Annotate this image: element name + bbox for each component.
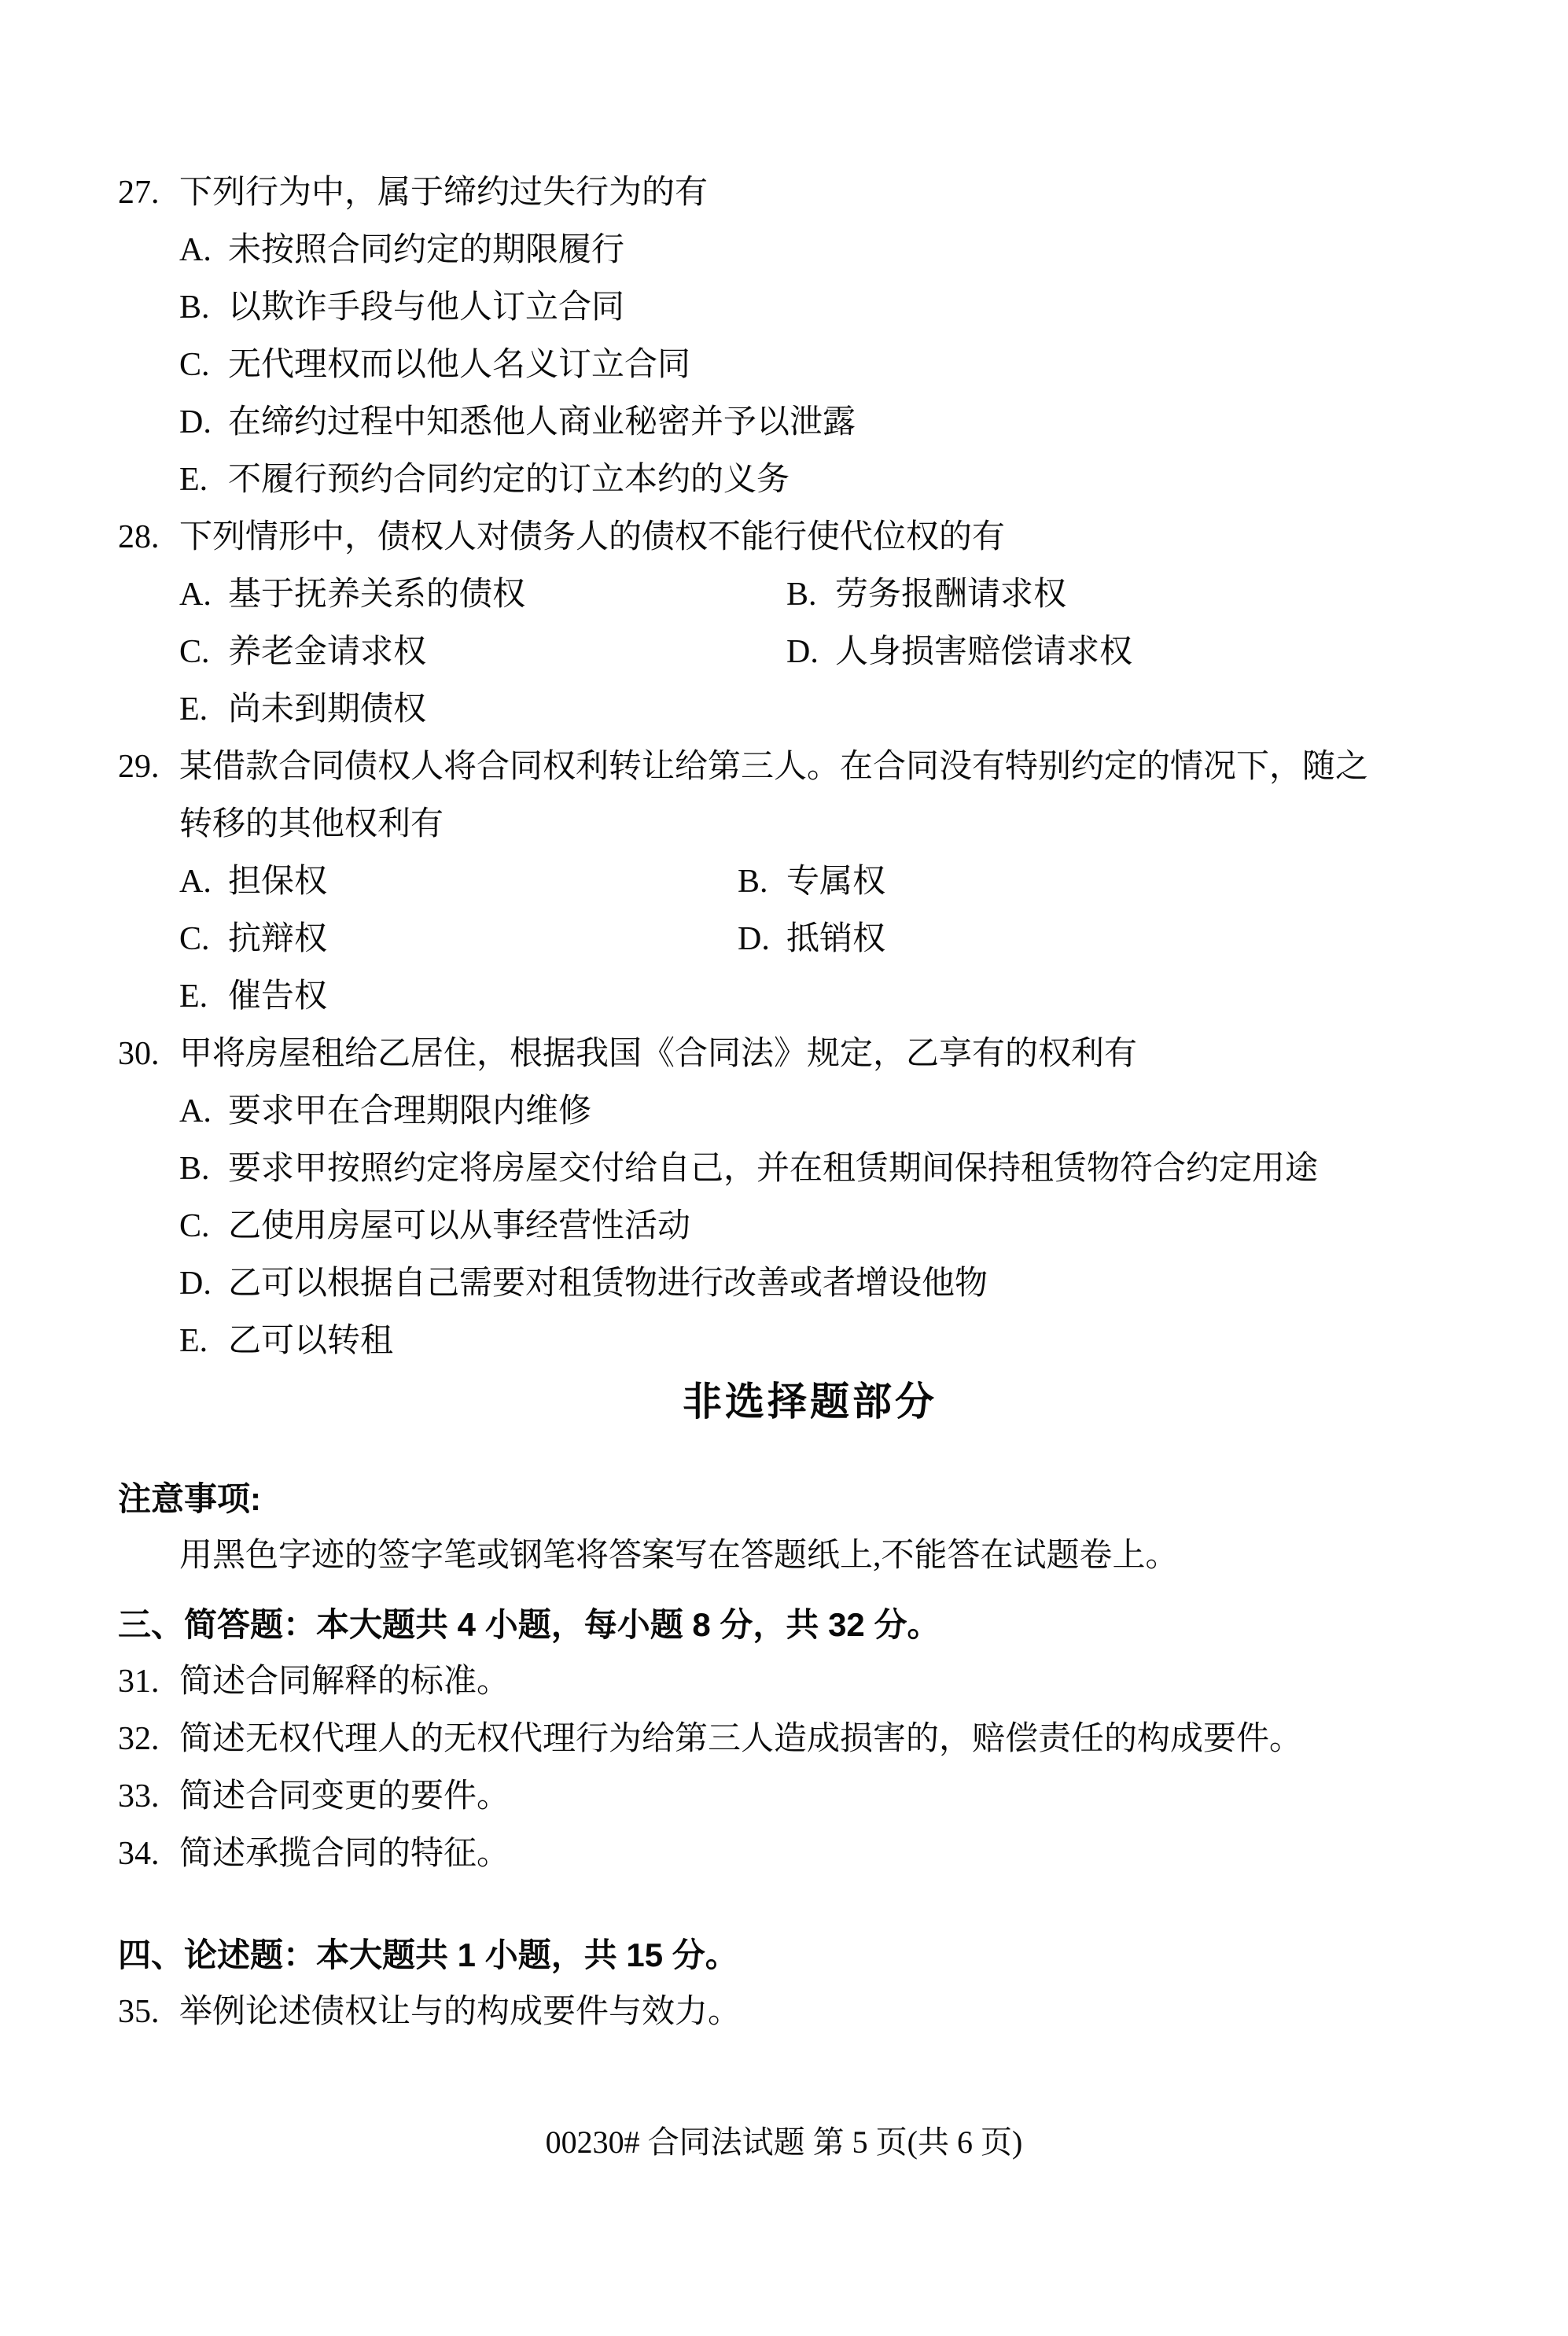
option-30-a: A.要求甲在合理期限内维修 bbox=[179, 1083, 1502, 1140]
option-29-d: D.抵销权 bbox=[738, 911, 1502, 968]
question-32: 32.简述无权代理人的无权代理行为给第三人造成损害的，赔偿责任的构成要件。 bbox=[118, 1711, 1502, 1768]
option-27-b-text: 以欺诈手段与他人订立合同 bbox=[228, 289, 624, 326]
option-27-a-label: A. bbox=[179, 222, 228, 279]
option-28-c-label: C. bbox=[179, 624, 228, 681]
option-27-e: E.不履行预约合同约定的订立本约的义务 bbox=[179, 451, 1502, 509]
option-28-e-label: E. bbox=[179, 681, 228, 739]
option-29-a-label: A. bbox=[179, 853, 228, 911]
page-footer: 00230# 合同法试题 第 5 页(共 6 页) bbox=[0, 2124, 1568, 2161]
question-28-stem: 下列情形中，债权人对债务人的债权不能行使代位权的有 bbox=[179, 519, 1005, 555]
question-30-number: 30. bbox=[118, 1026, 179, 1083]
exam-paper-page: 27.下列行为中，属于缔约过失行为的有 A.未按照合同约定的期限履行 B.以欺诈… bbox=[0, 0, 1568, 2336]
notice-label: 注意事项: bbox=[118, 1470, 1502, 1527]
option-28-b: B.劳务报酬请求权 bbox=[786, 566, 1502, 624]
option-30-a-label: A. bbox=[179, 1083, 228, 1140]
option-29-e-text: 催告权 bbox=[228, 978, 327, 1015]
option-29-c: C.抗辩权 bbox=[179, 911, 738, 968]
option-30-e: E.乙可以转租 bbox=[179, 1313, 1502, 1370]
question-34-text: 简述承揽合同的特征。 bbox=[179, 1836, 510, 1872]
option-27-a-text: 未按照合同约定的期限履行 bbox=[228, 232, 624, 268]
question-34-number: 34. bbox=[118, 1826, 179, 1883]
question-30: 30.甲将房屋租给乙居住，根据我国《合同法》规定，乙享有的权利有 A.要求甲在合… bbox=[118, 1026, 1502, 1370]
option-27-c-label: C. bbox=[179, 337, 228, 394]
option-27-e-label: E. bbox=[179, 451, 228, 509]
option-30-e-text: 乙可以转租 bbox=[228, 1323, 393, 1359]
option-29-c-label: C. bbox=[179, 911, 228, 968]
option-29-b: B.专属权 bbox=[738, 853, 1502, 911]
question-28-number: 28. bbox=[118, 509, 179, 566]
question-27-stem-line: 27.下列行为中，属于缔约过失行为的有 bbox=[118, 164, 1502, 222]
option-28-d-label: D. bbox=[786, 624, 835, 681]
page-content: 27.下列行为中，属于缔约过失行为的有 A.未按照合同约定的期限履行 B.以欺诈… bbox=[118, 0, 1502, 2041]
option-30-c-label: C. bbox=[179, 1198, 228, 1255]
question-29-number: 29. bbox=[118, 739, 179, 796]
question-29: 29.某借款合同债权人将合同权利转让给第三人。在合同没有特别约定的情况下，随之 … bbox=[118, 739, 1502, 1026]
question-31: 31.简述合同解释的标准。 bbox=[118, 1653, 1502, 1711]
option-28-e-text: 尚未到期债权 bbox=[228, 691, 426, 728]
option-27-a: A.未按照合同约定的期限履行 bbox=[179, 222, 1502, 279]
option-30-d: D.乙可以根据自己需要对租赁物进行改善或者增设他物 bbox=[179, 1255, 1502, 1313]
option-27-c-text: 无代理权而以他人名义订立合同 bbox=[228, 347, 690, 383]
option-28-a: A.基于抚养关系的债权 bbox=[179, 566, 786, 624]
option-30-a-text: 要求甲在合理期限内维修 bbox=[228, 1093, 591, 1129]
question-29-stem-line2: 转移的其他权利有 bbox=[118, 796, 1502, 853]
option-28-d: D.人身损害赔偿请求权 bbox=[786, 624, 1502, 681]
section-title: 非选择题部分 bbox=[118, 1370, 1502, 1433]
question-27-stem: 下列行为中，属于缔约过失行为的有 bbox=[179, 175, 708, 211]
question-31-number: 31. bbox=[118, 1653, 179, 1711]
question-30-stem-line: 30.甲将房屋租给乙居住，根据我国《合同法》规定，乙享有的权利有 bbox=[118, 1026, 1502, 1083]
question-30-options: A.要求甲在合理期限内维修 B.要求甲按照约定将房屋交付给自己，并在租赁期间保持… bbox=[118, 1083, 1502, 1370]
option-29-b-text: 专属权 bbox=[786, 864, 885, 900]
option-30-b-label: B. bbox=[179, 1140, 228, 1198]
question-27-options: A.未按照合同约定的期限履行 B.以欺诈手段与他人订立合同 C.无代理权而以他人… bbox=[118, 222, 1502, 509]
option-29-b-label: B. bbox=[738, 853, 786, 911]
question-28-stem-line: 28.下列情形中，债权人对债务人的债权不能行使代位权的有 bbox=[118, 509, 1502, 566]
option-28-a-label: A. bbox=[179, 566, 228, 624]
option-30-c-text: 乙使用房屋可以从事经营性活动 bbox=[228, 1208, 690, 1244]
question-33-text: 简述合同变更的要件。 bbox=[179, 1778, 510, 1815]
option-28-e: E.尚未到期债权 bbox=[179, 681, 786, 739]
question-27: 27.下列行为中，属于缔约过失行为的有 A.未按照合同约定的期限履行 B.以欺诈… bbox=[118, 164, 1502, 509]
option-30-b-text: 要求甲按照约定将房屋交付给自己，并在租赁期间保持租赁物符合约定用途 bbox=[228, 1151, 1318, 1187]
question-35-number: 35. bbox=[118, 1984, 179, 2041]
notice-text: 用黑色字迹的签字笔或钢笔将答案写在答题纸上,不能答在试题卷上。 bbox=[118, 1527, 1502, 1585]
option-30-e-label: E. bbox=[179, 1313, 228, 1370]
option-27-c: C.无代理权而以他人名义订立合同 bbox=[179, 337, 1502, 394]
question-27-number: 27. bbox=[118, 164, 179, 222]
option-28-b-label: B. bbox=[786, 566, 835, 624]
option-27-d-text: 在缔约过程中知悉他人商业秘密并予以泄露 bbox=[228, 404, 856, 440]
part3-heading: 三、简答题：本大题共 4 小题，每小题 8 分，共 32 分。 bbox=[118, 1596, 1502, 1653]
question-29-options: A.担保权 B.专属权 C.抗辩权 D.抵销权 E.催告权 bbox=[118, 853, 1502, 1026]
option-28-a-text: 基于抚养关系的债权 bbox=[228, 577, 525, 613]
question-29-stem: 某借款合同债权人将合同权利转让给第三人。在合同没有特别约定的情况下，随之 bbox=[179, 749, 1368, 785]
option-27-b-label: B. bbox=[179, 279, 228, 337]
question-32-text: 简述无权代理人的无权代理行为给第三人造成损害的，赔偿责任的构成要件。 bbox=[179, 1721, 1302, 1757]
question-34: 34.简述承揽合同的特征。 bbox=[118, 1826, 1502, 1883]
option-29-e: E.催告权 bbox=[179, 968, 738, 1026]
question-33-number: 33. bbox=[118, 1768, 179, 1826]
option-30-b: B.要求甲按照约定将房屋交付给自己，并在租赁期间保持租赁物符合约定用途 bbox=[179, 1140, 1502, 1198]
question-33: 33.简述合同变更的要件。 bbox=[118, 1768, 1502, 1826]
option-29-c-text: 抗辩权 bbox=[228, 921, 327, 957]
option-30-d-text: 乙可以根据自己需要对租赁物进行改善或者增设他物 bbox=[228, 1266, 988, 1302]
option-29-d-label: D. bbox=[738, 911, 786, 968]
option-28-d-text: 人身损害赔偿请求权 bbox=[835, 634, 1132, 670]
question-30-stem: 甲将房屋租给乙居住，根据我国《合同法》规定，乙享有的权利有 bbox=[179, 1036, 1137, 1072]
option-29-a-text: 担保权 bbox=[228, 864, 327, 900]
question-28-options: A.基于抚养关系的债权 B.劳务报酬请求权 C.养老金请求权 D.人身损害赔偿请… bbox=[118, 566, 1502, 739]
question-32-number: 32. bbox=[118, 1711, 179, 1768]
question-31-text: 简述合同解释的标准。 bbox=[179, 1664, 510, 1700]
option-28-b-text: 劳务报酬请求权 bbox=[835, 577, 1066, 613]
option-27-b: B.以欺诈手段与他人订立合同 bbox=[179, 279, 1502, 337]
option-27-e-text: 不履行预约合同约定的订立本约的义务 bbox=[228, 462, 790, 498]
option-27-d-label: D. bbox=[179, 394, 228, 451]
option-29-a: A.担保权 bbox=[179, 853, 738, 911]
question-28: 28.下列情形中，债权人对债务人的债权不能行使代位权的有 A.基于抚养关系的债权… bbox=[118, 509, 1502, 739]
option-28-c-text: 养老金请求权 bbox=[228, 634, 426, 670]
part4-heading: 四、论述题：本大题共 1 小题，共 15 分。 bbox=[118, 1926, 1502, 1984]
option-29-e-label: E. bbox=[179, 968, 228, 1026]
option-30-c: C.乙使用房屋可以从事经营性活动 bbox=[179, 1198, 1502, 1255]
question-35-text: 举例论述债权让与的构成要件与效力。 bbox=[179, 1994, 741, 2030]
option-30-d-label: D. bbox=[179, 1255, 228, 1313]
question-35: 35.举例论述债权让与的构成要件与效力。 bbox=[118, 1984, 1502, 2041]
option-27-d: D.在缔约过程中知悉他人商业秘密并予以泄露 bbox=[179, 394, 1502, 451]
question-29-stem-line1: 29.某借款合同债权人将合同权利转让给第三人。在合同没有特别约定的情况下，随之 bbox=[118, 739, 1502, 796]
option-28-c: C.养老金请求权 bbox=[179, 624, 786, 681]
option-29-d-text: 抵销权 bbox=[786, 921, 885, 957]
